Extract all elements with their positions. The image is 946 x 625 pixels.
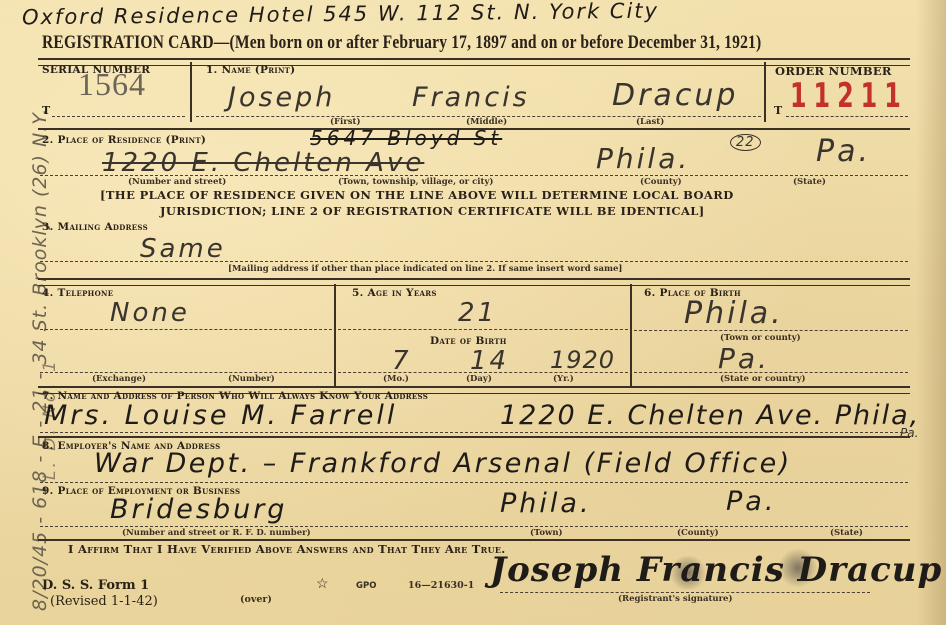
telephone-line-2 [40,372,332,373]
star-icon: ☆ [316,576,329,592]
registrant-signature: Joseph Francis Dracup [490,550,942,590]
serial-line [52,116,185,117]
mailing-label: 3. Mailing Address [42,221,148,233]
employment-street: Bridesburg [110,494,287,525]
residence-state-caption: (State) [793,177,826,187]
residence-line [40,175,908,176]
row9-rule [38,539,910,541]
residence-town-caption: (Town, township, village, or city) [338,177,493,187]
employment-line [40,526,908,527]
order-divider [764,62,766,122]
mailing-line [40,261,908,262]
contact-address: 1220 E. Chelten Ave. Phila, [500,400,920,431]
employer-line [40,482,908,483]
age-label: 5. Age in Years [352,287,437,299]
residence-county-circled: 22 [730,134,761,151]
telephone-line-1 [40,329,332,330]
employment-state: Pa. [726,486,776,517]
form-number: D. S. S. Form 1 [42,578,149,593]
telephone-value: None [110,298,190,328]
age-line [338,329,628,330]
top-annotation: Oxford Residence Hotel 545 W. 112 St. N.… [22,0,659,29]
over-note: (over) [240,594,272,605]
employment-county-caption: (County) [677,528,719,538]
residence-state: Pa. [816,134,871,169]
signature-caption: (Registrant's signature) [618,594,732,604]
residence-town: Phila. [596,142,690,175]
name-last: Dracup [612,78,738,113]
residence-label: 2. Place of Residence (Print) [42,134,206,146]
age-divider [630,284,632,388]
birthplace-state-line [634,372,908,373]
gpo-code: 16—21630-1 [408,580,474,591]
name-middle: Francis [412,82,530,113]
name-label: 1. Name (Print) [206,64,295,76]
order-prefix: T [774,104,783,117]
affirmation: I Affirm That I Have Verified Above Answ… [68,542,506,556]
telephone-label: 4. Telephone [42,287,113,299]
mailing-value: Same [140,234,226,264]
residence-county-caption: (County) [640,177,682,187]
dob-line [338,372,628,373]
birthplace-state: Pa. [718,342,770,375]
dob-year: 1920 [550,346,615,374]
telephone-number-caption: (Number) [228,374,275,384]
birthplace-town-line [634,330,908,331]
employment-street-caption: (Number and street or R. F. D. number) [122,528,311,538]
signature-line [500,592,870,593]
order-line [786,116,908,117]
dob-day-caption: (Day) [466,374,492,384]
birthplace-state-caption: (State or country) [720,374,806,384]
contact-line [40,432,908,433]
name-first: Joseph [228,82,335,113]
order-number-value: 11211 [790,76,908,116]
age-value: 21 [458,298,497,328]
card-title: REGISTRATION CARD—(Men born on or after … [42,32,761,54]
telephone-divider [334,284,336,388]
dob-year-caption: (Yr.) [553,374,574,384]
residence-notice-line1: [THE PLACE OF RESIDENCE GIVEN ON THE LIN… [100,188,734,202]
birthplace-town: Phila. [684,296,784,331]
form-revised: (Revised 1-1-42) [50,594,158,609]
telephone-exchange-caption: (Exchange) [92,374,146,384]
employer-value: War Dept. – Frankford Arsenal (Field Off… [94,448,792,479]
serial-prefix: T [42,104,51,117]
residence-street: 1220 E. Chelten Ave [102,148,424,178]
gpo-mark: GPO [356,581,376,591]
registration-card: Oxford Residence Hotel 545 W. 112 St. N.… [0,0,946,625]
mailing-note: [Mailing address if other than place ind… [228,264,622,274]
card-edge-shadow [916,0,946,625]
row3-rule [38,278,910,286]
row7-rule [38,436,910,438]
contact-name: Mrs. Louise M. Farrell [44,400,397,431]
employment-town: Phila. [500,488,592,519]
name-last-caption: (Last) [636,117,664,127]
employment-town-caption: (Town) [530,528,563,538]
residence-street-caption: (Number and street) [128,177,226,187]
residence-notice-line2: JURISDICTION; LINE 2 OF REGISTRATION CER… [160,204,705,218]
serial-divider [190,62,192,122]
employment-state-caption: (State) [830,528,863,538]
dob-month-caption: (Mo.) [383,374,409,384]
residence-struck-address: 5647 Bloyd St [310,126,502,150]
serial-number-value: 1564 [78,66,146,103]
